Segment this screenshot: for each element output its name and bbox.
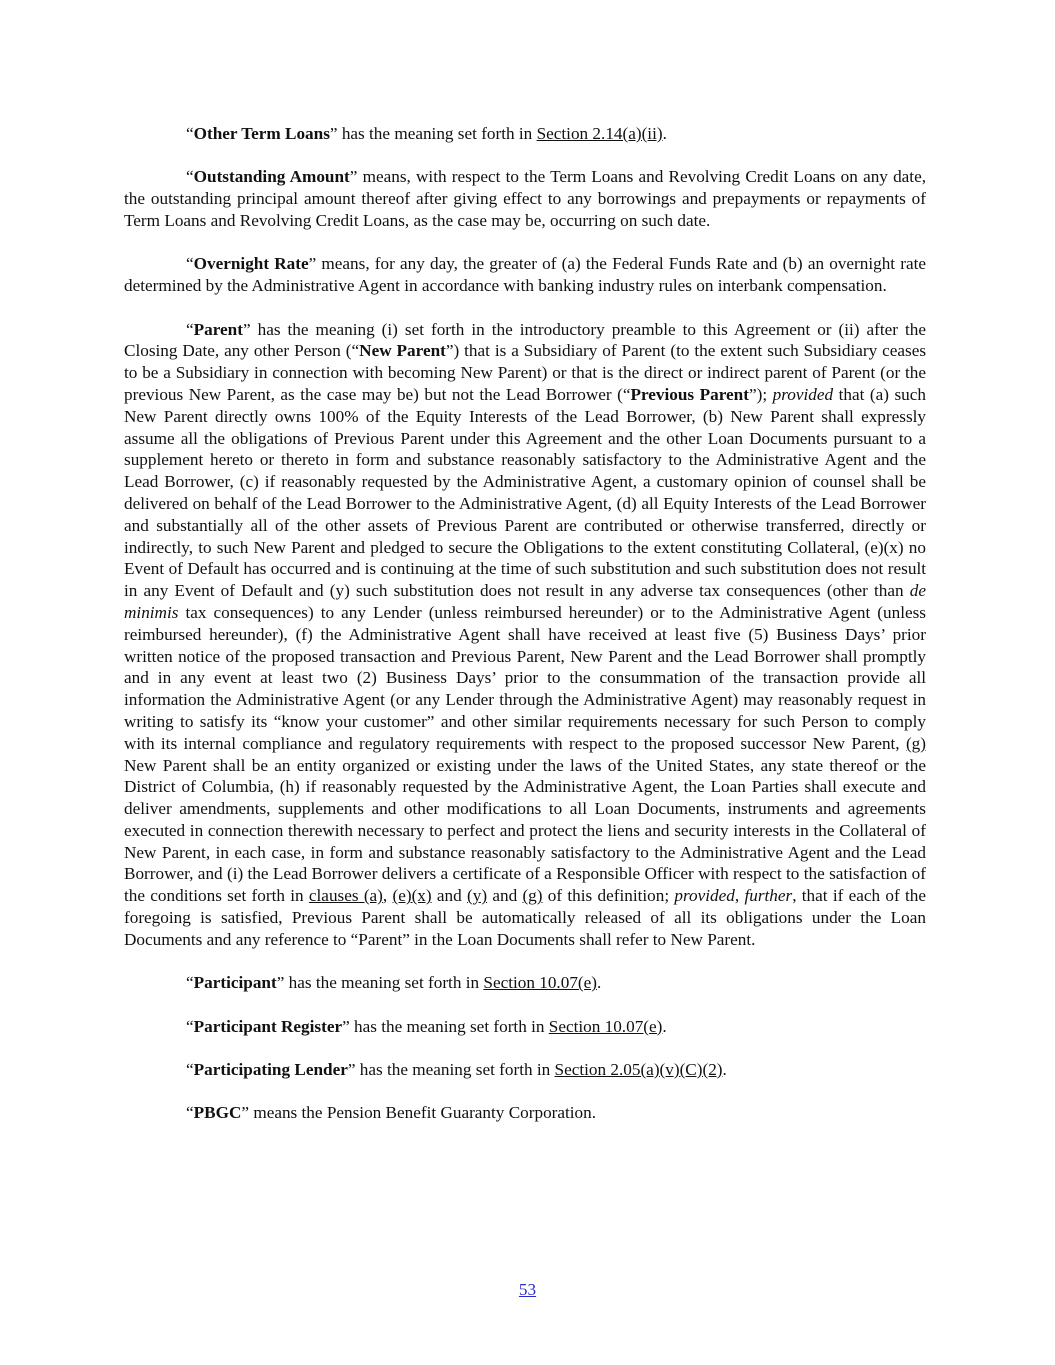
definition-overnight-rate: “Overnight Rate” means, for any day, the… xyxy=(124,253,926,297)
defined-term: Other Term Loans xyxy=(194,124,330,143)
open-quote: “ xyxy=(186,1017,194,1036)
document-page: “Other Term Loans” has the meaning set f… xyxy=(124,123,926,1146)
definition-text: has the meaning set forth in xyxy=(284,973,483,992)
open-quote: “ xyxy=(186,1060,194,1079)
italic-provided: provided xyxy=(674,886,734,905)
open-quote: “ xyxy=(186,973,194,992)
open-quote: “ xyxy=(186,124,194,143)
definition-pbgc: “PBGC” means the Pension Benefit Guarant… xyxy=(124,1102,926,1124)
close-quote: ” xyxy=(330,124,338,143)
section-link[interactable]: Section 10.07(e) xyxy=(549,1017,663,1036)
definition-text: has the meaning set forth in xyxy=(350,1017,549,1036)
definition-text: . xyxy=(662,1017,666,1036)
definition-text: . xyxy=(723,1060,727,1079)
clause-ex-ref: (e)(x) xyxy=(393,886,432,905)
definition-outstanding-amount: “Outstanding Amount” means, with respect… xyxy=(124,166,926,231)
defined-term: Participating Lender xyxy=(194,1060,348,1079)
open-quote: “ xyxy=(186,1103,194,1122)
definition-text: tax consequences) to any Lender (unless … xyxy=(124,603,926,753)
section-link[interactable]: Section 2.05(a)(v)(C)(2) xyxy=(555,1060,723,1079)
clause-g-ref: (g) xyxy=(522,886,542,905)
definition-text: and xyxy=(432,886,467,905)
page-number-link[interactable]: 53 xyxy=(0,1280,1055,1300)
definition-text: that (a) such New Parent directly owns 1… xyxy=(124,385,926,600)
definition-text: , xyxy=(383,886,393,905)
section-link[interactable]: Section 10.07(e) xyxy=(483,973,597,992)
definition-text: , xyxy=(735,886,745,905)
open-quote: “ xyxy=(186,254,194,273)
definition-text: . xyxy=(597,973,601,992)
definition-text: of this definition; xyxy=(543,886,675,905)
definition-participant-register: “Participant Register” has the meaning s… xyxy=(124,1016,926,1038)
definition-text: ”); xyxy=(749,385,773,404)
definition-text: has the meaning set forth in xyxy=(338,124,537,143)
defined-term: Participant xyxy=(194,973,277,992)
clause-g-ref: (g) xyxy=(906,734,926,753)
definition-text: New Parent shall be an entity organized … xyxy=(124,756,926,906)
defined-term-previous-parent: Previous Parent xyxy=(630,385,749,404)
definition-text: and xyxy=(487,886,522,905)
definition-other-term-loans: “Other Term Loans” has the meaning set f… xyxy=(124,123,926,145)
italic-further: further xyxy=(744,886,792,905)
close-quote: ” xyxy=(241,1103,249,1122)
section-link[interactable]: Section 2.14(a)(ii) xyxy=(537,124,663,143)
close-quote: ” xyxy=(342,1017,350,1036)
definition-text: . xyxy=(663,124,667,143)
definition-participant: “Participant” has the meaning set forth … xyxy=(124,972,926,994)
definition-text: means the Pension Benefit Guaranty Corpo… xyxy=(249,1103,596,1122)
italic-provided: provided xyxy=(773,385,833,404)
open-quote: “ xyxy=(186,320,194,339)
definition-participating-lender: “Participating Lender” has the meaning s… xyxy=(124,1059,926,1081)
definition-text: has the meaning set forth in xyxy=(355,1060,554,1079)
definition-parent: “Parent” has the meaning (i) set forth i… xyxy=(124,319,926,951)
defined-term: Participant Register xyxy=(194,1017,342,1036)
defined-term: Parent xyxy=(194,320,243,339)
defined-term: PBGC xyxy=(194,1103,242,1122)
defined-term: Overnight Rate xyxy=(194,254,309,273)
close-quote: ” xyxy=(243,320,251,339)
defined-term-new-parent: New Parent xyxy=(359,341,446,360)
clause-a-ref: clauses (a) xyxy=(309,886,383,905)
clause-y-ref: (y) xyxy=(467,886,487,905)
open-quote: “ xyxy=(186,167,194,186)
defined-term: Outstanding Amount xyxy=(194,167,350,186)
